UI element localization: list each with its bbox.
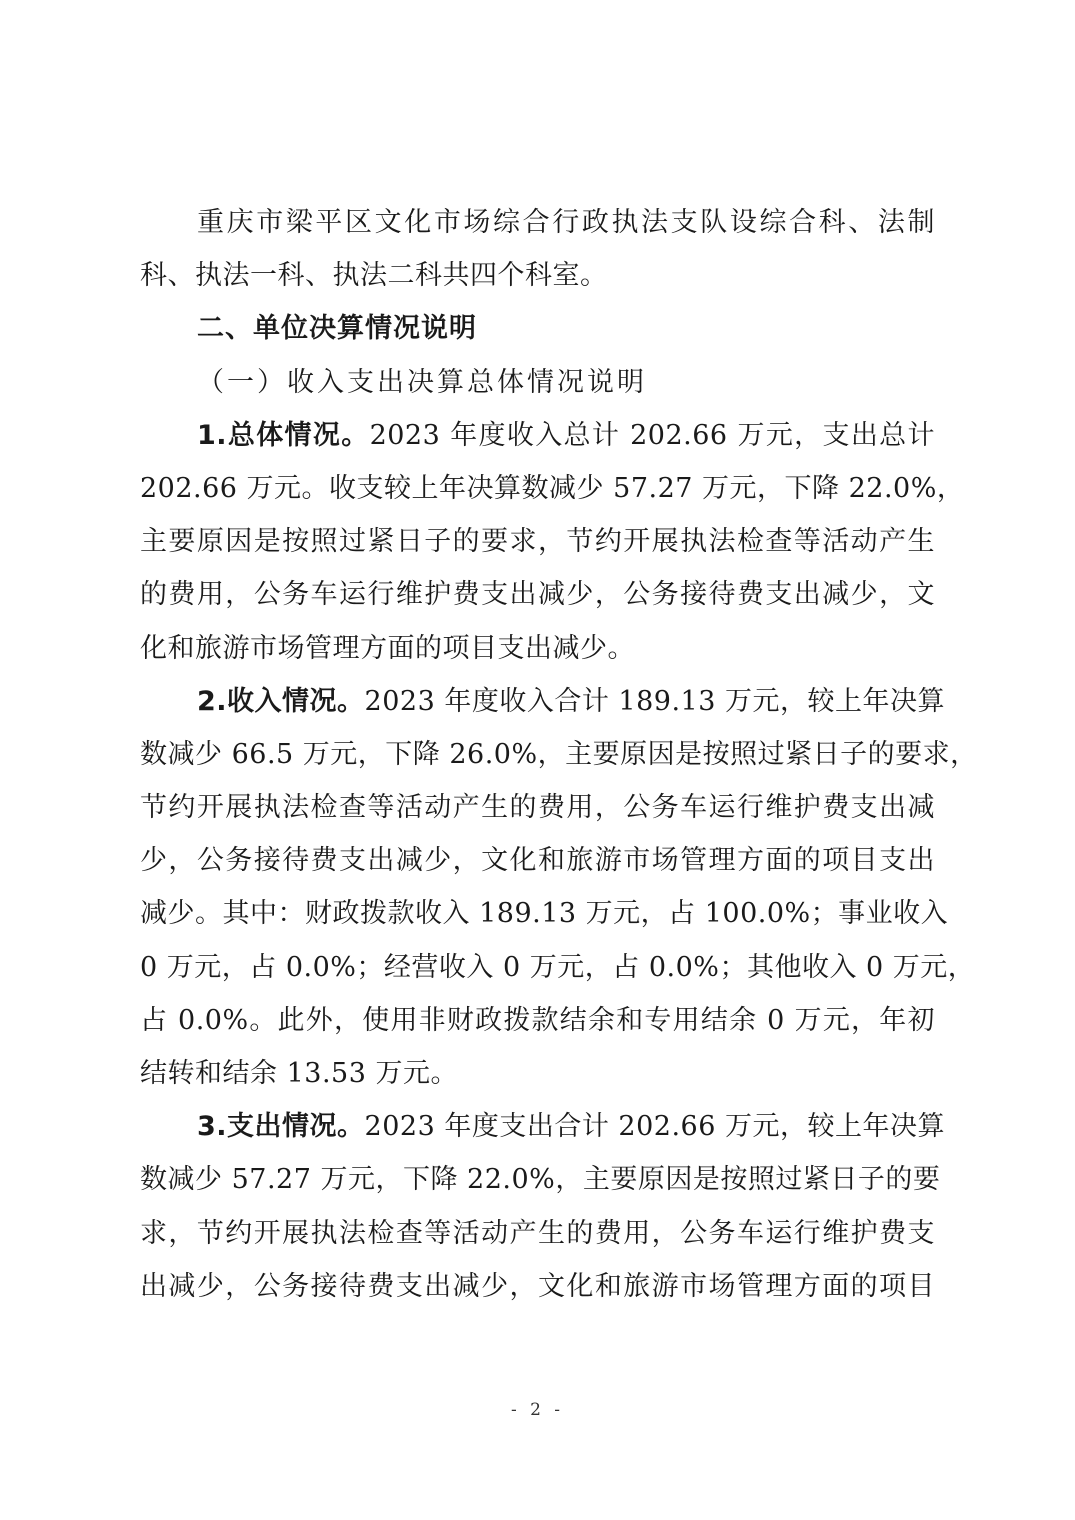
paragraph-overall-line-3: 主要原因是按照过紧日子的要求，节约开展执法检查等活动产生 (140, 518, 935, 571)
paragraph-overall-line-2: 202.66 万元。收支较上年决算数减少 57.27 万元，下降 22.0%， (140, 465, 935, 518)
paragraph-income-line-1: 2.收入情况。2023 年度收入合计 189.13 万元，较上年决算 (140, 678, 935, 731)
paragraph-overall-text: 2023 年度收入总计 202.66 万元，支出总计 (370, 420, 935, 451)
paragraph-income-line-7: 占 0.0%。此外，使用非财政拨款结余和专用结余 0 万元，年初 (140, 997, 935, 1050)
paragraph-org-structure-line-2: 科、执法一科、执法二科共四个科室。 (140, 252, 935, 305)
paragraph-expense-line-1: 3.支出情况。2023 年度支出合计 202.66 万元，较上年决算 (140, 1103, 935, 1156)
paragraph-overall-line-1: 1.总体情况。2023 年度收入总计 202.66 万元，支出总计 (140, 412, 935, 465)
document-page: 重庆市梁平区文化市场综合行政执法支队设综合科、法制 科、执法一科、执法二科共四个… (0, 0, 1075, 1520)
paragraph-expense-text: 2023 年度支出合计 202.66 万元，较上年决算 (365, 1111, 945, 1142)
paragraph-org-structure-line-1: 重庆市梁平区文化市场综合行政执法支队设综合科、法制 (140, 199, 935, 252)
paragraph-overall-lead: 1.总体情况。 (197, 420, 370, 451)
section-subheading: （一）收入支出决算总体情况说明 (140, 359, 935, 412)
paragraph-income-text: 2023 年度收入合计 189.13 万元，较上年决算 (365, 686, 945, 717)
section-heading: 二、单位决算情况说明 (140, 305, 935, 358)
paragraph-overall-line-4: 的费用，公务车运行维护费支出减少，公务接待费支出减少，文 (140, 571, 935, 624)
paragraph-income-line-8: 结转和结余 13.53 万元。 (140, 1050, 935, 1103)
paragraph-income-line-3: 节约开展执法检查等活动产生的费用，公务车运行维护费支出减 (140, 784, 935, 837)
paragraph-overall-line-5: 化和旅游市场管理方面的项目支出减少。 (140, 625, 935, 678)
paragraph-expense-line-2: 数减少 57.27 万元，下降 22.0%，主要原因是按照过紧日子的要 (140, 1156, 935, 1209)
paragraph-income-line-5: 减少。其中：财政拨款收入 189.13 万元，占 100.0%；事业收入 (140, 890, 935, 943)
document-body: 重庆市梁平区文化市场综合行政执法支队设综合科、法制 科、执法一科、执法二科共四个… (140, 199, 935, 1316)
paragraph-income-lead: 2.收入情况。 (197, 686, 365, 717)
page-number: - 2 - (0, 1400, 1075, 1420)
paragraph-expense-lead: 3.支出情况。 (197, 1111, 365, 1142)
paragraph-income-line-2: 数减少 66.5 万元，下降 26.0%，主要原因是按照过紧日子的要求， (140, 731, 935, 784)
paragraph-expense-line-3: 求，节约开展执法检查等活动产生的费用，公务车运行维护费支 (140, 1210, 935, 1263)
paragraph-expense-line-4: 出减少，公务接待费支出减少，文化和旅游市场管理方面的项目 (140, 1263, 935, 1316)
paragraph-income-line-4: 少，公务接待费支出减少，文化和旅游市场管理方面的项目支出 (140, 837, 935, 890)
paragraph-income-line-6: 0 万元，占 0.0%；经营收入 0 万元，占 0.0%；其他收入 0 万元， (140, 944, 935, 997)
